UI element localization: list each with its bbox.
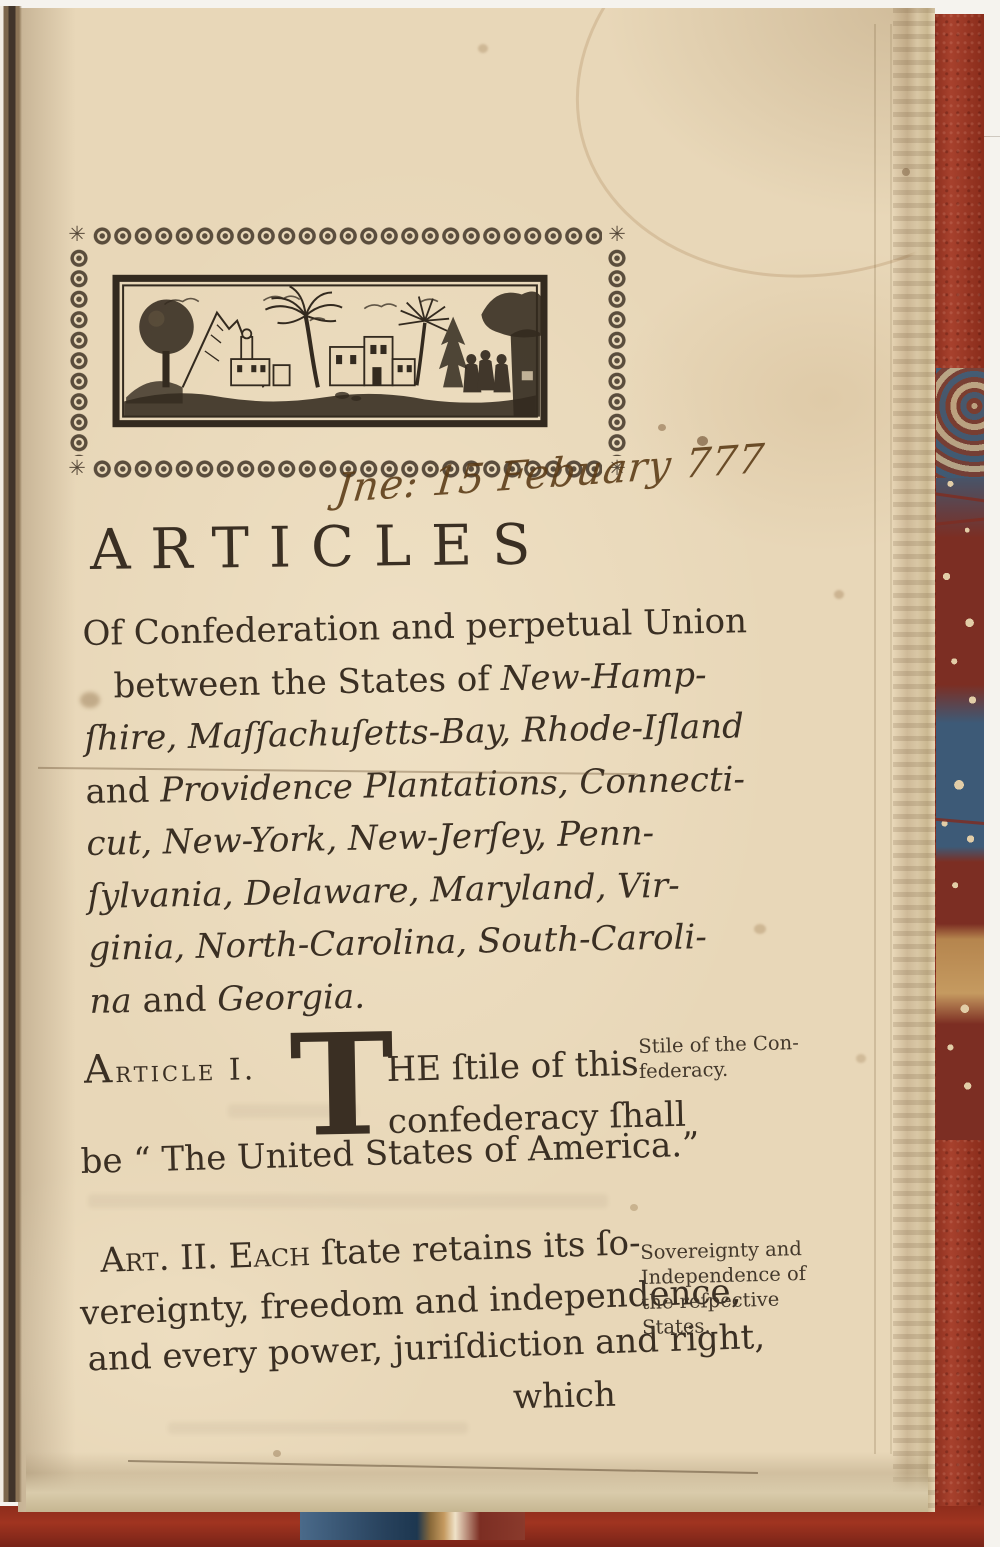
marble-streak — [932, 492, 990, 503]
article2-opening-rest: ſtate retains its ſo- — [320, 1223, 641, 1274]
book-gutter-edge-left — [0, 6, 24, 1502]
red-leather-binding-right — [928, 14, 985, 1554]
catchword: which — [512, 1375, 616, 1418]
marbled-paper-sliver-bottom — [300, 1512, 525, 1540]
margin-note-article2: Sovereignty andIndependence ofthe reſpec… — [640, 1236, 810, 1340]
margin-note-line: States. — [642, 1311, 811, 1340]
article2-first-word: Each — [228, 1234, 311, 1277]
foxing-spot — [902, 168, 910, 176]
marble-streak — [932, 517, 990, 526]
marbled-endpaper — [936, 368, 984, 1140]
article2-heading: Art. II. — [100, 1237, 219, 1281]
marble-swirl — [936, 368, 984, 478]
title-page: ✳ ✳ ✳ ✳ — [18, 8, 935, 1512]
scan-background-bottom — [0, 1547, 1000, 1554]
marble-streak — [932, 817, 990, 825]
scan-background-right — [984, 0, 1000, 1554]
margin-note-line: Independence of — [641, 1261, 810, 1290]
scan-artifact-line — [984, 136, 1000, 137]
book-scan: ✳ ✳ ✳ ✳ — [0, 0, 1000, 1554]
